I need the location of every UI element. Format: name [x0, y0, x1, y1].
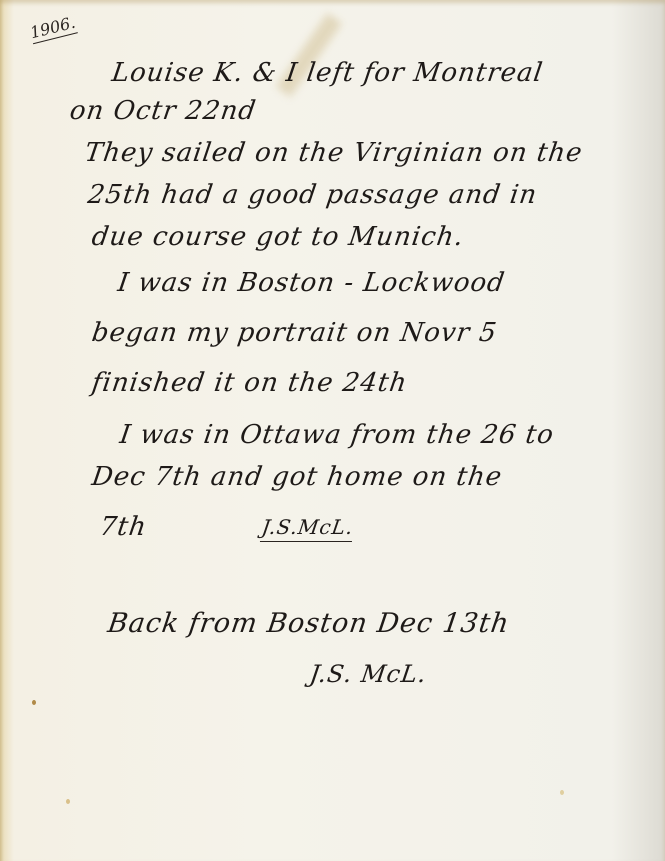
entry-line-11: 7th: [98, 512, 149, 542]
foxing-spot: [66, 799, 70, 804]
entry-line-4: 25th had a good passage and in: [86, 180, 539, 210]
entry-line-7: began my portrait on Novr 5: [90, 318, 499, 348]
entry-line-10: Dec 7th and got home on the: [90, 462, 504, 492]
foxing-spot: [560, 790, 564, 795]
postscript-line: Back from Boston Dec 13th: [106, 608, 512, 639]
entry-line-1: Louise K. & I left for Montreal: [110, 58, 545, 88]
diary-page: 1906. Louise K. & I left for Montreal on…: [0, 0, 665, 861]
entry-line-8: finished it on the 24th: [90, 368, 409, 398]
entry-line-5: due course got to Munich.: [90, 222, 466, 252]
entry-line-3: They sailed on the Virginian on the: [83, 138, 585, 168]
signature-1: J.S.McL.: [260, 515, 355, 542]
year-label: 1906.: [28, 13, 78, 44]
ink-spot: [32, 700, 36, 705]
signature-1-wrap: J.S.McL.: [260, 515, 355, 539]
entry-line-9: I was in Ottawa from the 26 to: [118, 420, 556, 450]
signature-2: J.S. McL.: [308, 660, 429, 688]
entry-line-6: I was in Boston - Lockwood: [116, 268, 507, 298]
entry-line-2: on Octr 22nd: [68, 96, 258, 126]
